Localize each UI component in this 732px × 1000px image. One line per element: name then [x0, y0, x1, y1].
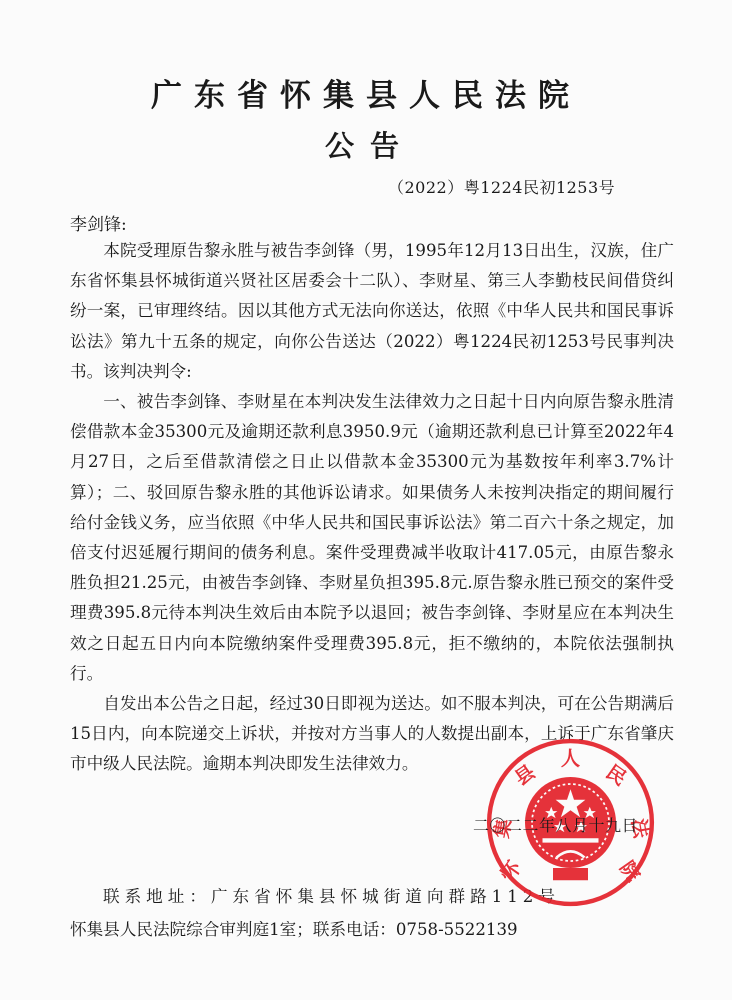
notice-date: 二〇二二年八月十九日 [473, 813, 638, 836]
notice-title: 公告 [0, 124, 732, 165]
paragraph-judgment: 一、被告李剑锋、李财星在本判决发生法律效力之日起十日内向原告黎永胜清偿借款本金3… [70, 387, 674, 689]
addressee: 李剑锋: [70, 210, 127, 235]
court-name-heading: 广东省怀集县人民法院 [0, 70, 732, 115]
svg-text:人: 人 [561, 747, 580, 770]
paragraph-case-summary: 本院受理原告黎永胜与被告李剑锋（男，1995年12月13日出生，汉族，住广东省怀… [70, 236, 674, 387]
court-notice-page: 广东省怀集县人民法院 公告 （2022）粤1224民初1253号 李剑锋: 本院… [0, 0, 732, 1000]
case-number: （2022）粤1224民初1253号 [388, 175, 615, 198]
notice-body: 本院受理原告黎永胜与被告李剑锋（男，1995年12月13日出生，汉族，住广东省怀… [70, 236, 674, 780]
contact-phone-line: 怀集县人民法院综合审判庭1室；联系电话：0758-5522139 [70, 913, 680, 946]
